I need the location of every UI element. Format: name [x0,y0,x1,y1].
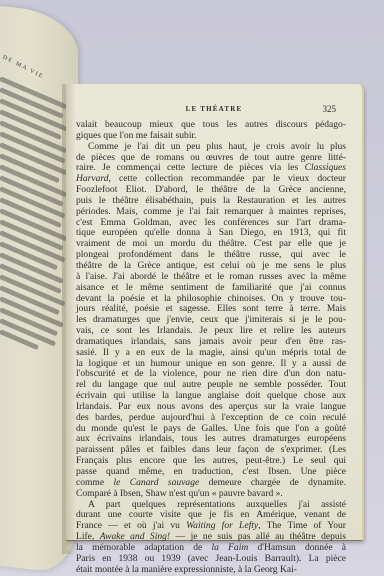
text-line: périodes. Mais, comme je l'ai fait remar… [76,207,346,218]
running-head: LE THÉATRE [66,105,362,113]
text-line: aisance et le même sentiment de familiar… [76,283,346,294]
page-number: 325 [323,104,337,114]
text-line: des bardes, perdue aujourd'hui à l'excep… [76,413,346,424]
paragraph: valait beaucoup mieux que tous les autre… [76,120,346,142]
text-line: Paris en 1938 ou 1939 (avec Jean-Louis B… [76,554,346,565]
text-line: Comme je l'ai dit un peu plus haut, je c… [76,142,346,153]
text-line: sasié. Il y a en eux de la magie, ainsi … [76,348,346,359]
italic-title: le Canard sauvage [113,477,199,488]
italic-title: la Faim [211,542,248,553]
paragraph: A part quelques représentations auxquell… [76,500,346,576]
right-page: LE THÉATRE 325 valait beaucoup mieux que… [66,84,364,541]
paragraph: Comme je l'ai dit un peu plus haut, je c… [76,142,346,500]
italic-title: Classiques [305,162,346,173]
gutter-shadow [62,84,76,554]
italic-title: Waiting for Lefty [186,520,258,531]
text-line: Comparé à Ibsen, Shaw n'est qu'un « pauv… [76,489,346,500]
text-line: était montée à la manière expressionnist… [76,565,346,576]
italic-title: Awake and Sing! [100,531,170,542]
body-text: valait beaucoup mieux que tous les autre… [76,120,346,575]
italic-title: Harvard [76,173,109,184]
